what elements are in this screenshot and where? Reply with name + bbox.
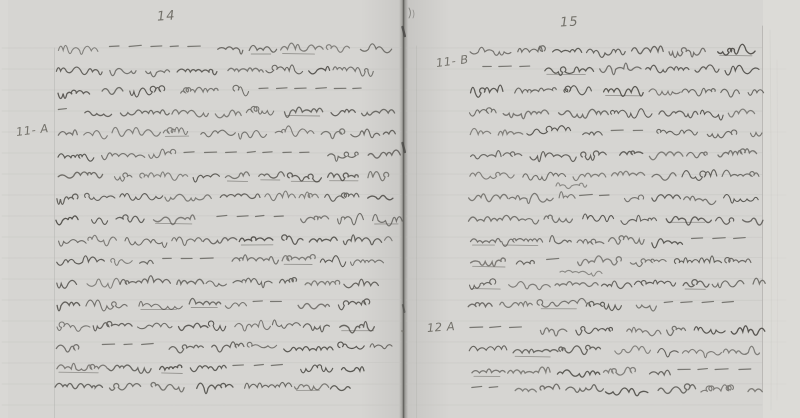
page-number-right: 15	[560, 16, 579, 30]
margin-note-12a: 12 A	[427, 321, 456, 334]
manuscript-scan: 14 15 11- A 11- B 12 A	[0, 0, 800, 418]
page-number-left: 14	[157, 9, 176, 23]
handwriting-layer	[0, 0, 800, 418]
